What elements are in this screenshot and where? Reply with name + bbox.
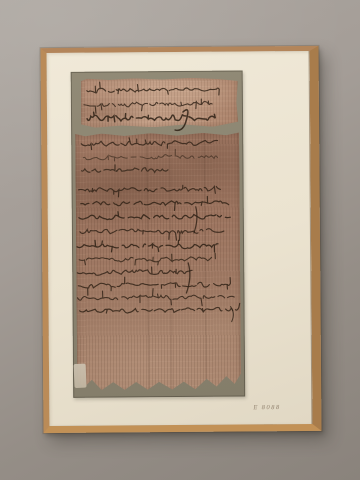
wall-background: E 8088 bbox=[0, 0, 360, 480]
repair-patch bbox=[74, 364, 87, 388]
papyrus-fragment-main bbox=[75, 133, 241, 393]
picture-frame: E 8088 bbox=[40, 46, 321, 433]
mount-board bbox=[71, 71, 246, 398]
inventory-number: E 8088 bbox=[253, 404, 280, 411]
papyrus-fragment-top bbox=[81, 78, 238, 128]
mat-board: E 8088 bbox=[47, 51, 313, 426]
